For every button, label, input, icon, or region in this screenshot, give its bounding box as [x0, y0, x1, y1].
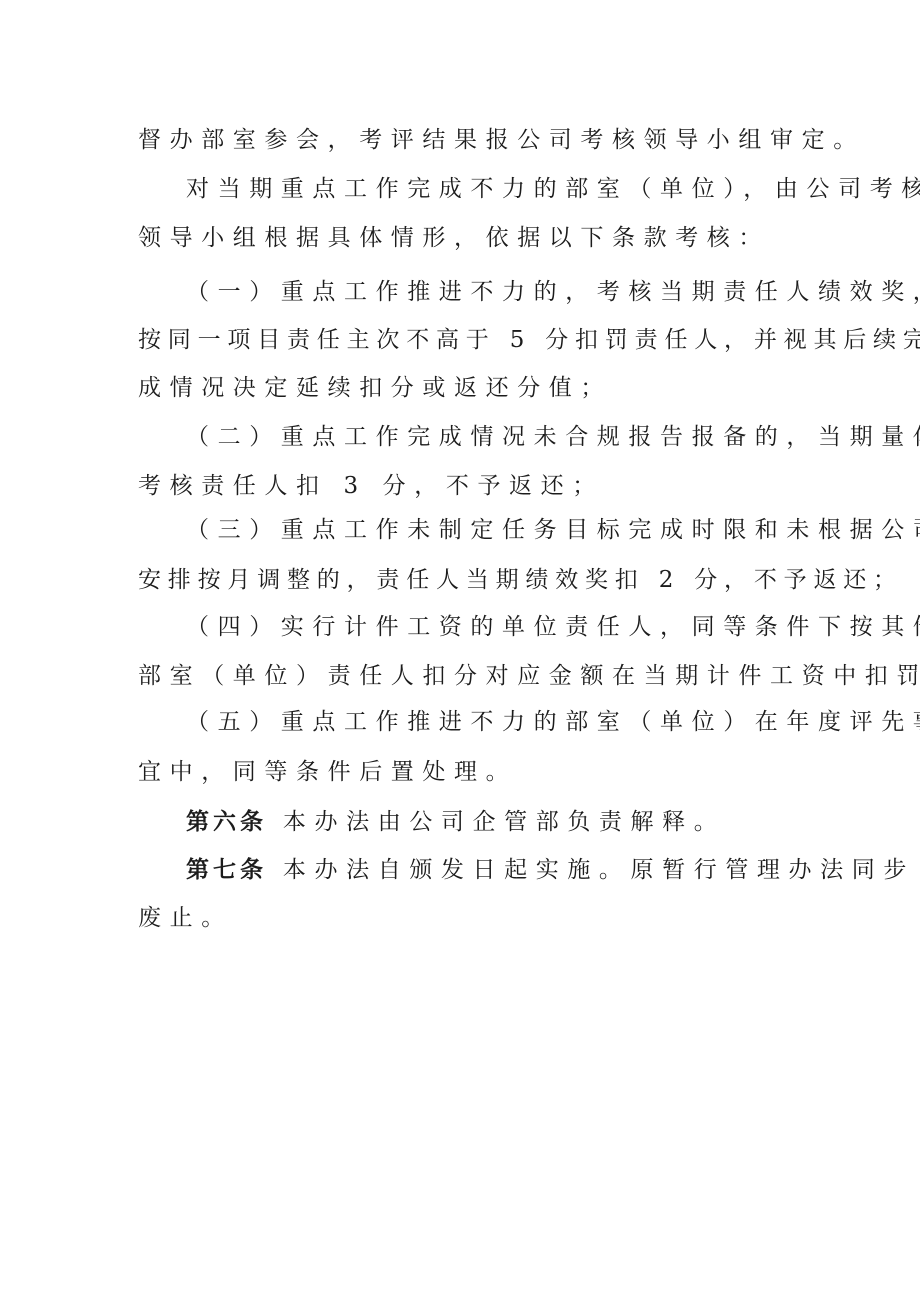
- list-item-line: （三）重点工作未制定任务目标完成时限和未根据公司: [186, 514, 786, 546]
- article-text-line: 废止。: [138, 902, 786, 934]
- paragraph-line: 领导小组根据具体情形，依据以下条款考核：: [138, 222, 786, 254]
- article-heading: 第七条: [186, 856, 267, 883]
- list-item-line: 宜中，同等条件后置处理。: [138, 756, 786, 788]
- article-7: 第七条 本办法自颁发日起实施。原暂行管理办法同步: [186, 854, 786, 886]
- article-heading: 第六条: [186, 808, 267, 835]
- list-item-line: 按同一项目责任主次不高于 5 分扣罚责任人，并视其后续完: [138, 324, 786, 356]
- document-page: 督办部室参会，考评结果报公司考核领导小组审定。 对当期重点工作完成不力的部室（单…: [0, 0, 920, 1309]
- article-text: 本办法自颁发日起实施。原暂行管理办法同步: [283, 857, 915, 883]
- list-item-line: （一）重点工作推进不力的，考核当期责任人绩效奖，: [186, 276, 786, 308]
- list-item-line: （五）重点工作推进不力的部室（单位）在年度评先事: [186, 706, 786, 738]
- paragraph-line: 督办部室参会，考评结果报公司考核领导小组审定。: [138, 124, 786, 156]
- list-item-line: 成情况决定延续扣分或返还分值；: [138, 372, 786, 404]
- paragraph-line: 对当期重点工作完成不力的部室（单位），由公司考核: [186, 173, 786, 205]
- article-text: 本办法由公司企管部负责解释。: [283, 809, 725, 835]
- list-item-line: 部室（单位）责任人扣分对应金额在当期计件工资中扣罚。: [138, 660, 786, 692]
- article-6: 第六条 本办法由公司企管部负责解释。: [186, 806, 786, 838]
- list-item-line: （二）重点工作完成情况未合规报告报备的，当期量化: [186, 421, 786, 453]
- list-item-line: （四）实行计件工资的单位责任人，同等条件下按其他: [186, 611, 786, 643]
- list-item-line: 考核责任人扣 3 分，不予返还；: [138, 470, 786, 502]
- list-item-line: 安排按月调整的，责任人当期绩效奖扣 2 分，不予返还；: [138, 564, 786, 596]
